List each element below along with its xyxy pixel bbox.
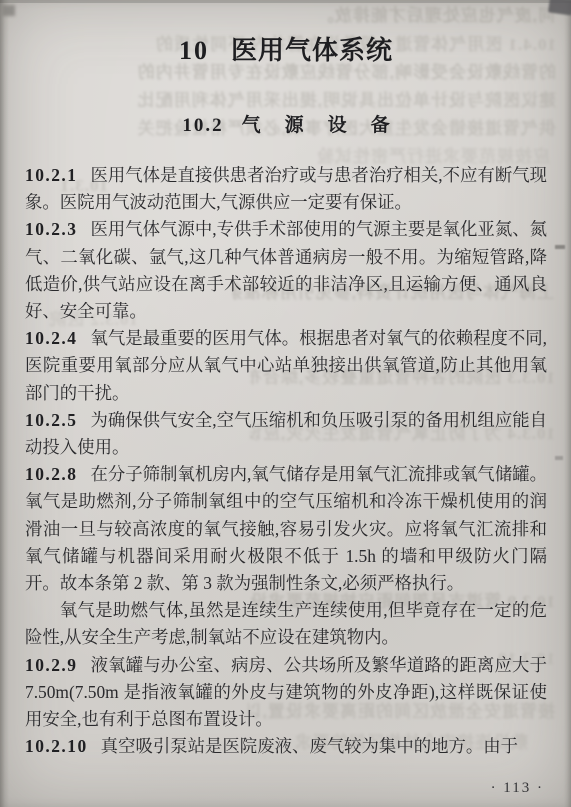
- chapter-title-text: 医用气体系统: [231, 36, 393, 65]
- section-title: 10.2气源设备: [25, 110, 547, 137]
- scan-artifact-top-left: [2, 5, 15, 16]
- section-title-text: 气源设备: [242, 115, 414, 136]
- clause-number: 10.2.4: [25, 328, 77, 348]
- chapter-title: 10医用气体系统: [25, 30, 547, 67]
- clause-text: 液氧罐与办公室、病房、公共场所及繁华道路的距离应大于 7.50m(7.50m 是…: [25, 655, 547, 729]
- clause-paragraph: 10.2.10真空吸引泵站是医院废液、废气较为集中的地方。由于: [25, 733, 547, 760]
- clause-number: 10.2.1: [25, 165, 77, 185]
- clause-number: 10.2.3: [25, 219, 77, 239]
- clause-paragraph: 10.2.9液氧罐与办公室、病房、公共场所及繁华道路的距离应大于 7.50m(7…: [25, 652, 547, 734]
- clause-text: 医用气体气源中,专供手术部使用的气源主要是氧化亚氮、氮气、二氧化碳、氩气,这几种…: [25, 219, 547, 321]
- chapter-number: 10: [179, 36, 209, 65]
- clause-paragraph: 10.2.5为确保供气安全,空气压缩机和负压吸引泵的备用机组应能自动投入使用。: [25, 407, 547, 461]
- clause-paragraph: 氧气是助燃气体,虽然是连续生产连续使用,但毕竟存在一定的危险性,从安全生产考虑,…: [25, 597, 547, 651]
- section-number: 10.2: [182, 115, 223, 136]
- clause-paragraph: 10.2.1医用气体是直接供患者治疗或与患者治疗相关,不应有断气现象。医院用气波…: [25, 162, 547, 216]
- scan-edge-shadow-top: [0, 0, 571, 3]
- scan-artifact-top-right: [548, 0, 571, 16]
- clause-paragraph: 10.2.3医用气体气源中,专供手术部使用的气源主要是氧化亚氮、氮气、二氧化碳、…: [25, 216, 547, 325]
- clause-number: 10.2.8: [25, 464, 77, 484]
- clause-text: 氧气是最重要的医用气体。根据患者对氧气的依赖程度不同,医院重要用氧部分应从氧气中…: [25, 328, 547, 402]
- clause-paragraph: 10.2.4氧气是最重要的医用气体。根据患者对氧气的依赖程度不同,医院重要用氧部…: [25, 325, 547, 407]
- page-number: · 113 ·: [491, 780, 544, 797]
- scan-edge-shadow-left: [0, 0, 9, 807]
- clause-text: 医用气体是直接供患者治疗或与患者治疗相关,不应有断气现象。医院用气波动范围大,气…: [25, 165, 547, 212]
- clause-paragraph: 10.2.8在分子筛制氧机房内,氧气储存是用氧气汇流排或氧气储罐。氧气是助燃剂,…: [25, 461, 547, 597]
- clause-commentary-body: 10.2.1医用气体是直接供患者治疗或与患者治疗相关,不应有断气现象。医院用气波…: [25, 162, 547, 760]
- clause-text: 真空吸引泵站是医院废液、废气较为集中的地方。由于: [101, 736, 518, 756]
- clause-text: 为确保供气安全,空气压缩机和负压吸引泵的备用机组应能自动投入使用。: [25, 410, 547, 457]
- clause-number: 10.2.5: [25, 410, 77, 430]
- clause-number: 10.2.10: [25, 736, 88, 756]
- scan-artifact-right-edge: [555, 245, 565, 249]
- clause-number: 10.2.9: [25, 655, 77, 675]
- scanned-document-page: 同,废气也应处理后才能排放。10.4.1 医用气体管道一般敷设在管井内,不同性质…: [0, 0, 571, 807]
- scan-artifact-right-edge: [555, 456, 563, 460]
- scan-edge-shadow-right: [564, 0, 571, 807]
- clause-text: 在分子筛制氧机房内,氧气储存是用氧气汇流排或氧气储罐。氧气是助燃剂,分子筛制氧组…: [25, 464, 547, 593]
- page-content: 10医用气体系统 10.2气源设备 10.2.1医用气体是直接供患者治疗或与患者…: [0, 30, 571, 760]
- bleedthrough-line: 同,废气也应处理后才能排放。: [283, 6, 555, 26]
- clause-text: 氧气是助燃气体,虽然是连续生产连续使用,但毕竟存在一定的危险性,从安全生产考虑,…: [25, 600, 547, 647]
